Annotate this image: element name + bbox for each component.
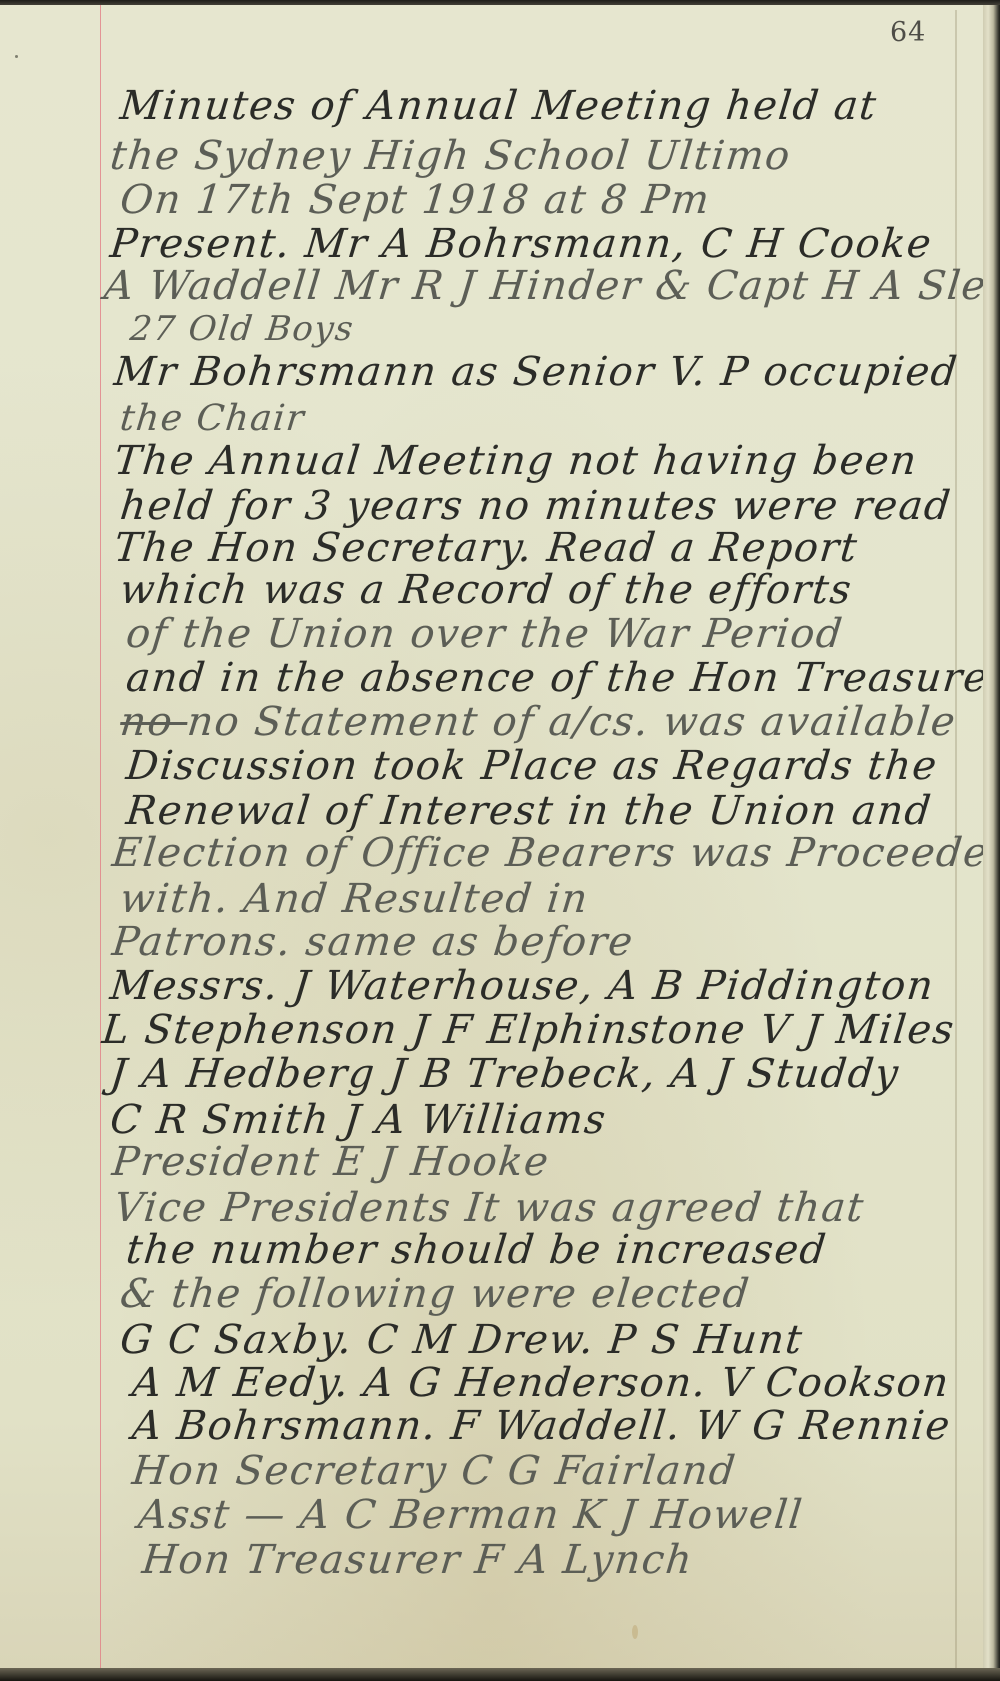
handwritten-line: no no Statement of a/cs. was available xyxy=(118,699,959,745)
handwritten-line: and in the absence of the Hon Treasurer xyxy=(124,655,1000,701)
handwritten-line: G C Saxby. C M Drew. P S Hunt xyxy=(118,1317,805,1363)
page-edge xyxy=(983,5,1000,1668)
handwritten-line: which was a Record of the efforts xyxy=(118,567,855,613)
handwritten-line: Hon Secretary C G Fairland xyxy=(130,1448,739,1494)
handwritten-line: L Stephenson J F Elphinstone V J Miles xyxy=(100,1007,957,1053)
handwritten-line: C R Smith J A Williams xyxy=(108,1097,609,1143)
handwritten-line: Messrs. J Waterhouse, A B Piddington xyxy=(108,963,937,1009)
handwritten-line: On 17th Sept 1918 at 8 Pm xyxy=(118,177,713,223)
handwritten-line: the Sydney High School Ultimo xyxy=(108,133,793,179)
handwritten-minutes: Minutes of Annual Meeting held atthe Syd… xyxy=(0,5,985,1668)
handwritten-line: the Chair xyxy=(118,398,307,439)
handwritten-line: the number should be increased xyxy=(124,1227,829,1273)
handwritten-line: Patrons. same as before xyxy=(110,919,636,965)
handwritten-line: Minutes of Annual Meeting held at xyxy=(118,83,879,129)
handwritten-line: held for 3 years no minutes were read xyxy=(118,483,954,529)
handwritten-line: Hon Treasurer F A Lynch xyxy=(140,1537,695,1583)
handwritten-line: A M Eedy. A G Henderson. V Cookson xyxy=(130,1360,952,1406)
handwritten-line: J A Hedberg J B Trebeck, A J Studdy xyxy=(108,1051,902,1097)
handwritten-line: 27 Old Boys xyxy=(128,309,356,349)
handwritten-line: A Bohrsmann. F Waddell. W G Rennie xyxy=(130,1403,953,1449)
struck-word: no xyxy=(118,699,190,745)
handwritten-line: Asst — A C Berman K J Howell xyxy=(136,1492,805,1538)
book-binding-bottom xyxy=(0,1668,1000,1681)
handwritten-line: Discussion took Place as Regards the xyxy=(124,743,940,789)
handwritten-line: A Waddell Mr R J Hinder & Capt H A Sle xyxy=(102,263,989,309)
handwritten-line: Mr Bohrsmann as Senior V. P occupied xyxy=(112,349,960,395)
handwritten-line: The Annual Meeting not having been xyxy=(112,438,920,484)
handwritten-line: with. And Resulted in xyxy=(118,876,591,922)
handwritten-line: President E J Hooke xyxy=(110,1139,552,1185)
handwritten-line: of the Union over the War Period xyxy=(124,611,846,657)
handwritten-line: The Hon Secretary. Read a Report xyxy=(112,525,860,571)
handwritten-line: & the following were elected xyxy=(118,1271,752,1317)
line-text: no Statement of a/cs. was available xyxy=(185,699,959,745)
handwritten-line: Present. Mr A Bohrsmann, C H Cooke xyxy=(108,221,935,267)
handwritten-line: Renewal of Interest in the Union and xyxy=(124,788,934,834)
ledger-page: 64 Minutes of Annual Meeting held atthe … xyxy=(0,5,985,1668)
handwritten-line: Vice Presidents It was agreed that xyxy=(112,1185,867,1231)
handwritten-line: Election of Office Bearers was Proceeded xyxy=(110,830,1000,876)
